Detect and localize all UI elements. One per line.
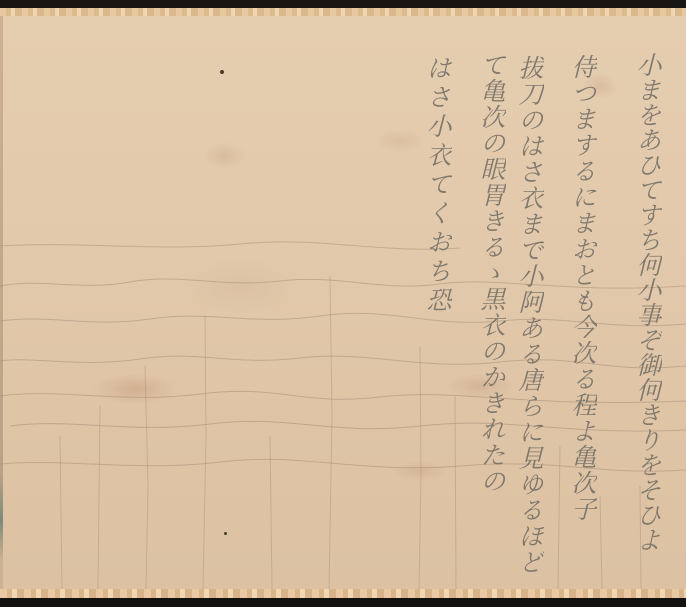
manuscript-column-3: 拔刀のはさ衣まで小阿ある唐らに見ゆるほど — [517, 55, 542, 575]
bottom-frame-border — [0, 598, 686, 607]
manuscript-column-2: 侍つまするにまおとも今次る程よ亀次子 — [570, 54, 595, 522]
ink-speck — [220, 70, 224, 74]
top-paper-edge — [0, 8, 686, 16]
top-frame-border — [0, 0, 686, 8]
manuscript-column-4: て亀次の眼胃きるゝ黒衣のかきれたの — [479, 52, 504, 494]
manuscript-column-1: 小まをあひてすち何小事ぞ御何きりをそひよ — [635, 52, 660, 552]
manuscript-column-5: はさ小衣てくおち恐 — [425, 55, 450, 316]
ink-speck — [224, 532, 227, 535]
bottom-paper-edge — [0, 589, 686, 598]
